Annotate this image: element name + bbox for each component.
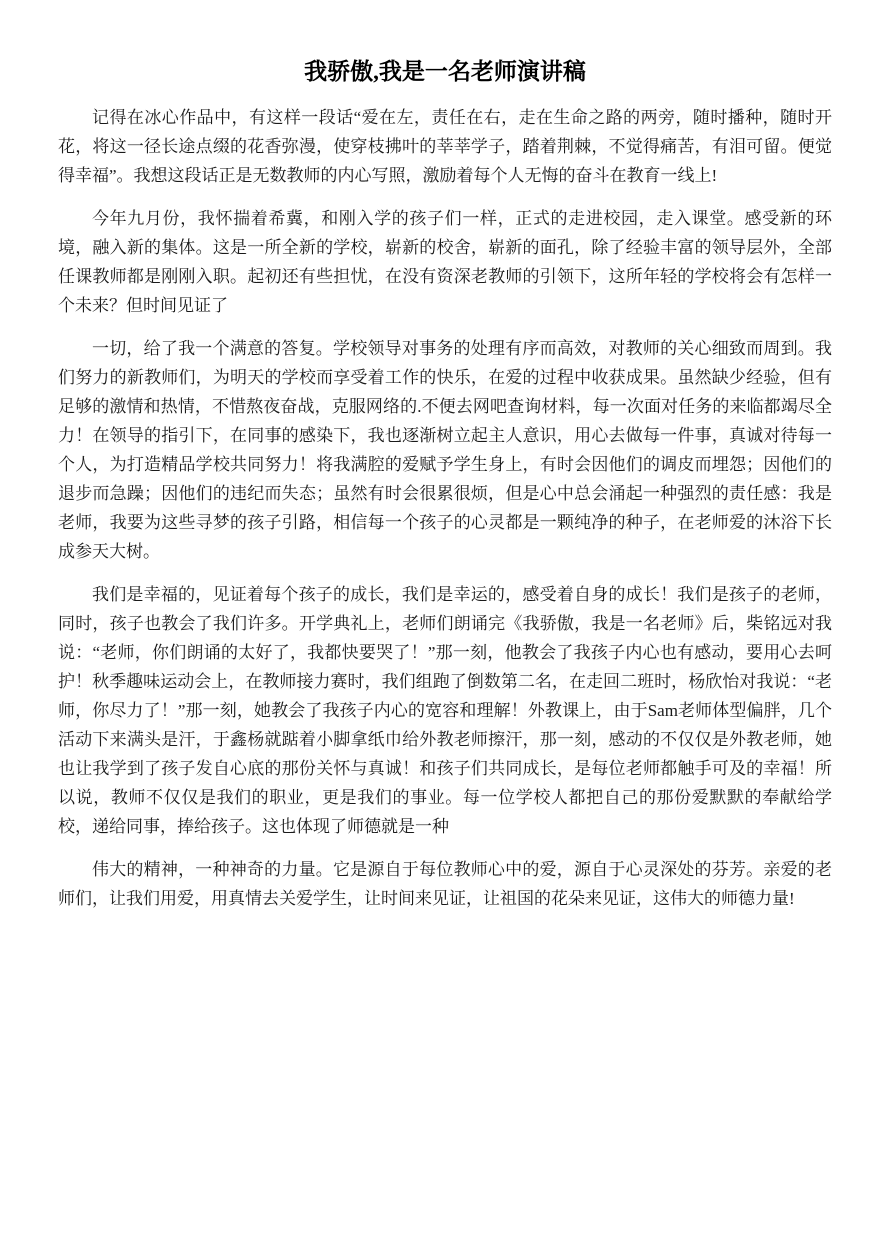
paragraph-1: 记得在冰心作品中，有这样一段话“爱在左，责任在右，走在生命之路的两旁，随时播种，… — [58, 103, 832, 190]
paragraph-2: 今年九月份，我怀揣着希冀，和刚入学的孩子们一样，正式的走进校园，走入课堂。感受新… — [58, 204, 832, 320]
paragraph-3: 一切，给了我一个满意的答复。学校领导对事务的处理有序而高效，对教师的关心细致而周… — [58, 334, 832, 566]
document-title: 我骄傲,我是一名老师演讲稿 — [58, 57, 832, 87]
paragraph-5: 伟大的精神，一种神奇的力量。它是源自于每位教师心中的爱，源自于心灵深处的芬芳。亲… — [58, 855, 832, 913]
paragraph-4: 我们是幸福的，见证着每个孩子的成长，我们是幸运的，感受着自身的成长！我们是孩子的… — [58, 580, 832, 841]
document-page: 我骄傲,我是一名老师演讲稿 记得在冰心作品中，有这样一段话“爱在左，责任在右，走… — [0, 0, 884, 1250]
